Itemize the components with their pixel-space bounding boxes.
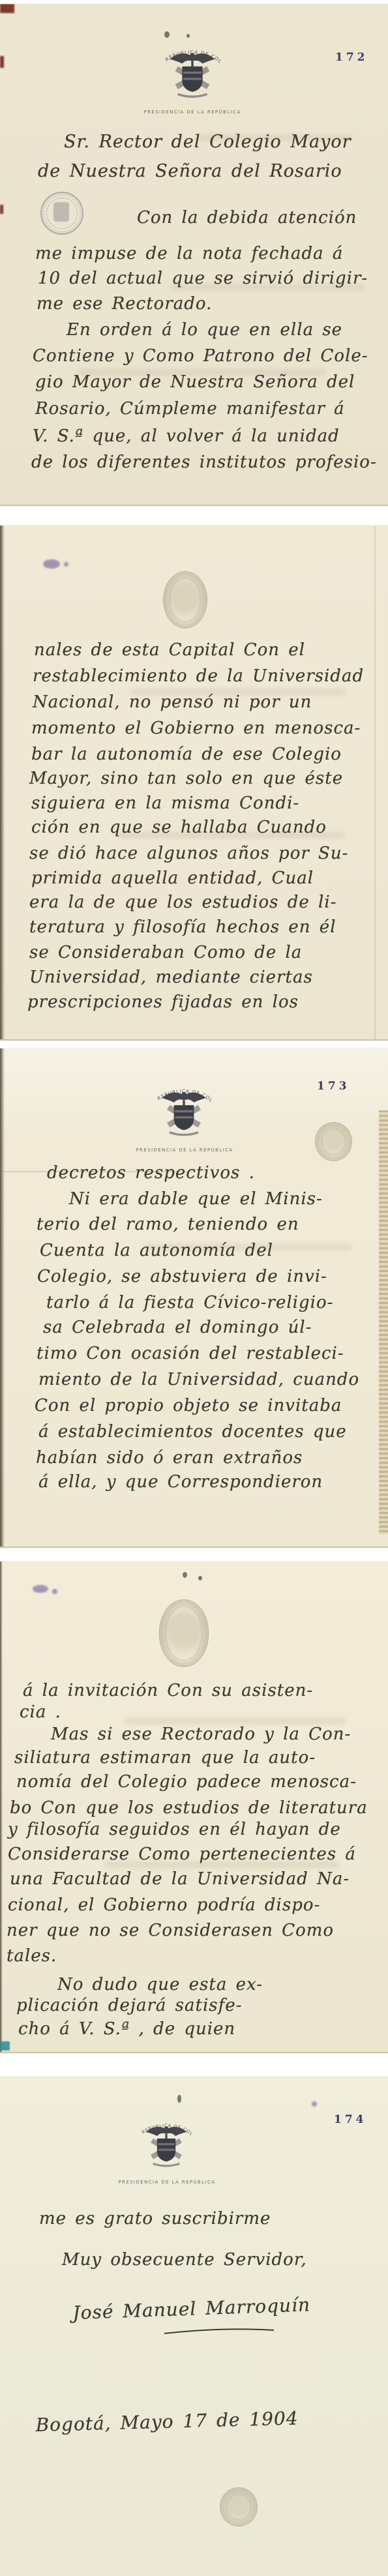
scanned-page-verso-1: nales de esta Capital Con elrestablecimi…	[0, 526, 388, 1041]
manuscript-line: á ella, y que Correspondieron	[38, 1473, 323, 1491]
manuscript-line: se dió hace algunos años por Su-	[29, 845, 348, 863]
manuscript-line: timo Con ocasión del restableci-	[37, 1345, 344, 1363]
manuscript-line: á la invitación Con su asisten-	[23, 1682, 313, 1700]
book-spine-edge	[0, 526, 5, 1039]
manuscript-line: y filosofía seguidos en él hayan de	[8, 1821, 341, 1839]
embossed-seal	[163, 571, 207, 629]
binding-tape-texture	[379, 1110, 388, 1534]
folio-number-stamp: 173	[317, 1081, 350, 1092]
manuscript-line: una Facultad de la Universidad Na-	[10, 1871, 350, 1888]
manuscript-line: gio Mayor de Nuestra Señora del	[35, 374, 355, 391]
manuscript-line: plicación dejará satisfe-	[16, 1997, 242, 2015]
manuscript-line: de Nuestra Señora del Rosario	[38, 162, 342, 181]
manuscript-line: terio del ramo, teniendo en	[37, 1216, 299, 1234]
manuscript-line: cional, el Gobierno podría dispo-	[8, 1897, 320, 1914]
paper-stain	[0, 4, 14, 13]
ink-speck	[164, 31, 170, 38]
manuscript-line: Con la debida atención	[137, 209, 357, 227]
manuscript-line: se Consideraban Como de la	[29, 944, 302, 962]
paper-stain	[0, 2041, 10, 2050]
manuscript-line: restablecimiento de la Universidad	[33, 668, 364, 685]
paper-stain	[0, 205, 3, 214]
rubber-seal-icon	[40, 192, 83, 235]
ink-speck	[183, 1572, 187, 1578]
manuscript-line: Contiene y Como Patrono del Cole-	[33, 348, 368, 365]
manuscript-line: primida aquella entidad, Cual	[31, 870, 314, 887]
manuscript-line: Rosario, Cúmpleme manifestar á	[35, 400, 345, 418]
scanned-page-174: PRESIDENCIA DE LA REPÚBLICA 174 me es gr…	[0, 2077, 388, 2576]
manuscript-line: miento de la Universidad, cuando	[38, 1371, 359, 1389]
manuscript-line: cho á V. S.ª , de quien	[18, 2021, 235, 2038]
manuscript-line: decretos respectivos .	[47, 1164, 255, 1182]
manuscript-line: Mayor, sino tan solo en que éste	[29, 770, 343, 788]
manuscript-line: siguiera en la misma Condi-	[31, 795, 299, 812]
manuscript-line: Considerarse Como pertenecientes á	[8, 1846, 356, 1863]
scanned-page-172: PRESIDENCIA DE LA REPÚBLICA 172 Sr. Rect…	[0, 4, 388, 506]
book-spine-edge	[0, 1048, 5, 1547]
manuscript-line: me impuse de la nota fechada á	[35, 245, 343, 263]
embossed-seal	[220, 2487, 258, 2526]
scanned-page-verso-2: á la invitación Con su asisten-cia .Mas …	[0, 1562, 388, 2053]
ink-smudge	[312, 2101, 317, 2107]
manuscript-line: En orden á lo que en ella se	[67, 321, 342, 339]
manuscript-line: Cuenta la autonomía del	[40, 1242, 273, 1260]
embossed-seal	[159, 1599, 209, 1667]
embossed-seal	[315, 1122, 352, 1161]
manuscript-line: nomía del Colegio padece menosca-	[16, 1773, 357, 1791]
manuscript-line: nales de esta Capital Con el	[34, 642, 305, 659]
signature-line: José Manuel Marroquín	[72, 2295, 311, 2322]
manuscript-line: prescripciones fijadas en los	[27, 994, 299, 1011]
book-spine-edge	[0, 1562, 3, 2052]
letterhead-caption: PRESIDENCIA DE LA REPÚBLICA	[115, 2180, 219, 2185]
manuscript-line: ner que no se Considerasen Como	[7, 1922, 334, 1940]
manuscript-line: teratura y filosofía hechos en él	[29, 919, 336, 936]
manuscript-line: Muy obsecuente Servidor,	[62, 2251, 307, 2269]
coat-of-arms-colombia	[145, 1080, 223, 1146]
manuscript-line: de los diferentes institutos profesio-	[31, 454, 377, 471]
paper-crease	[374, 526, 376, 1039]
manuscript-line: Ni era dable que el Minis-	[69, 1191, 323, 1208]
ink-smudge	[52, 1589, 57, 1594]
manuscript-line: V. S.ª que, al volver á la unidad	[33, 428, 340, 445]
ink-speck	[177, 2095, 181, 2103]
manuscript-line: bar la autonomía de ese Colegio	[31, 746, 342, 763]
manuscript-line: Colegio, se abstuviera de invi-	[37, 1268, 327, 1286]
ink-smudge	[64, 562, 68, 567]
manuscript-line: tarlo á la fiesta Cívico-religio-	[46, 1294, 333, 1312]
manuscript-line: Con el propio objeto se invitaba	[35, 1397, 342, 1415]
paper-stain	[0, 56, 4, 68]
manuscript-line: ción en que se hallaba Cuando	[31, 819, 327, 836]
letterhead-caption: PRESIDENCIA DE LA REPÚBLICA	[130, 1147, 239, 1153]
ink-speck	[198, 1576, 202, 1580]
manuscript-line: Mas si ese Rectorado y la Con-	[51, 1726, 351, 1743]
date-line: Bogotá, Mayo 17 de 1904	[35, 2408, 299, 2435]
ink-speck	[187, 34, 190, 38]
manuscript-line: 10 del actual que se sirvió dirigir-	[38, 270, 368, 288]
manuscript-line: tales.	[7, 1947, 57, 1965]
ink-bleedthrough	[124, 1718, 346, 1725]
letterhead-caption: PRESIDENCIA DE LA REPÚBLICA	[138, 110, 246, 115]
manuscript-line: Sr. Rector del Colegio Mayor	[64, 133, 351, 151]
coat-of-arms-colombia	[130, 2114, 202, 2177]
manuscript-line: siliatura estimaran que la auto-	[14, 1749, 316, 1767]
folio-number-stamp: 174	[334, 2114, 367, 2125]
manuscript-line: No dudo que esta ex-	[57, 1976, 263, 1994]
manuscript-line: á establecimientos docentes que	[38, 1423, 347, 1441]
manuscript-line: momento el Gobierno en menosca-	[31, 720, 361, 737]
manuscript-line: habían sido ó eran extraños	[36, 1449, 303, 1467]
manuscript-line: Universidad, mediante ciertas	[29, 969, 313, 986]
scanned-letter-document: { "document_type": "handwritten letter, …	[0, 0, 388, 2576]
ink-smudge	[33, 1585, 48, 1593]
folio-number-stamp: 172	[335, 52, 368, 63]
manuscript-line: me es grato suscribirme	[39, 2210, 271, 2228]
coat-of-arms-colombia	[153, 40, 232, 108]
manuscript-line: sa Celebrada el domingo úl-	[43, 1319, 312, 1337]
manuscript-line: bo Con que los estudios de literatura	[10, 1799, 368, 1817]
ink-smudge	[43, 559, 60, 569]
manuscript-line: cia .	[20, 1704, 61, 1721]
manuscript-line: me ese Rectorado.	[37, 295, 212, 313]
manuscript-line: Nacional, no pensó ni por un	[33, 694, 312, 711]
manuscript-line: era la de que los estudios de li-	[29, 894, 336, 911]
signature-flourish	[162, 2326, 279, 2336]
scanned-page-173: PRESIDENCIA DE LA REPÚBLICA 173 decretos…	[0, 1048, 388, 1548]
